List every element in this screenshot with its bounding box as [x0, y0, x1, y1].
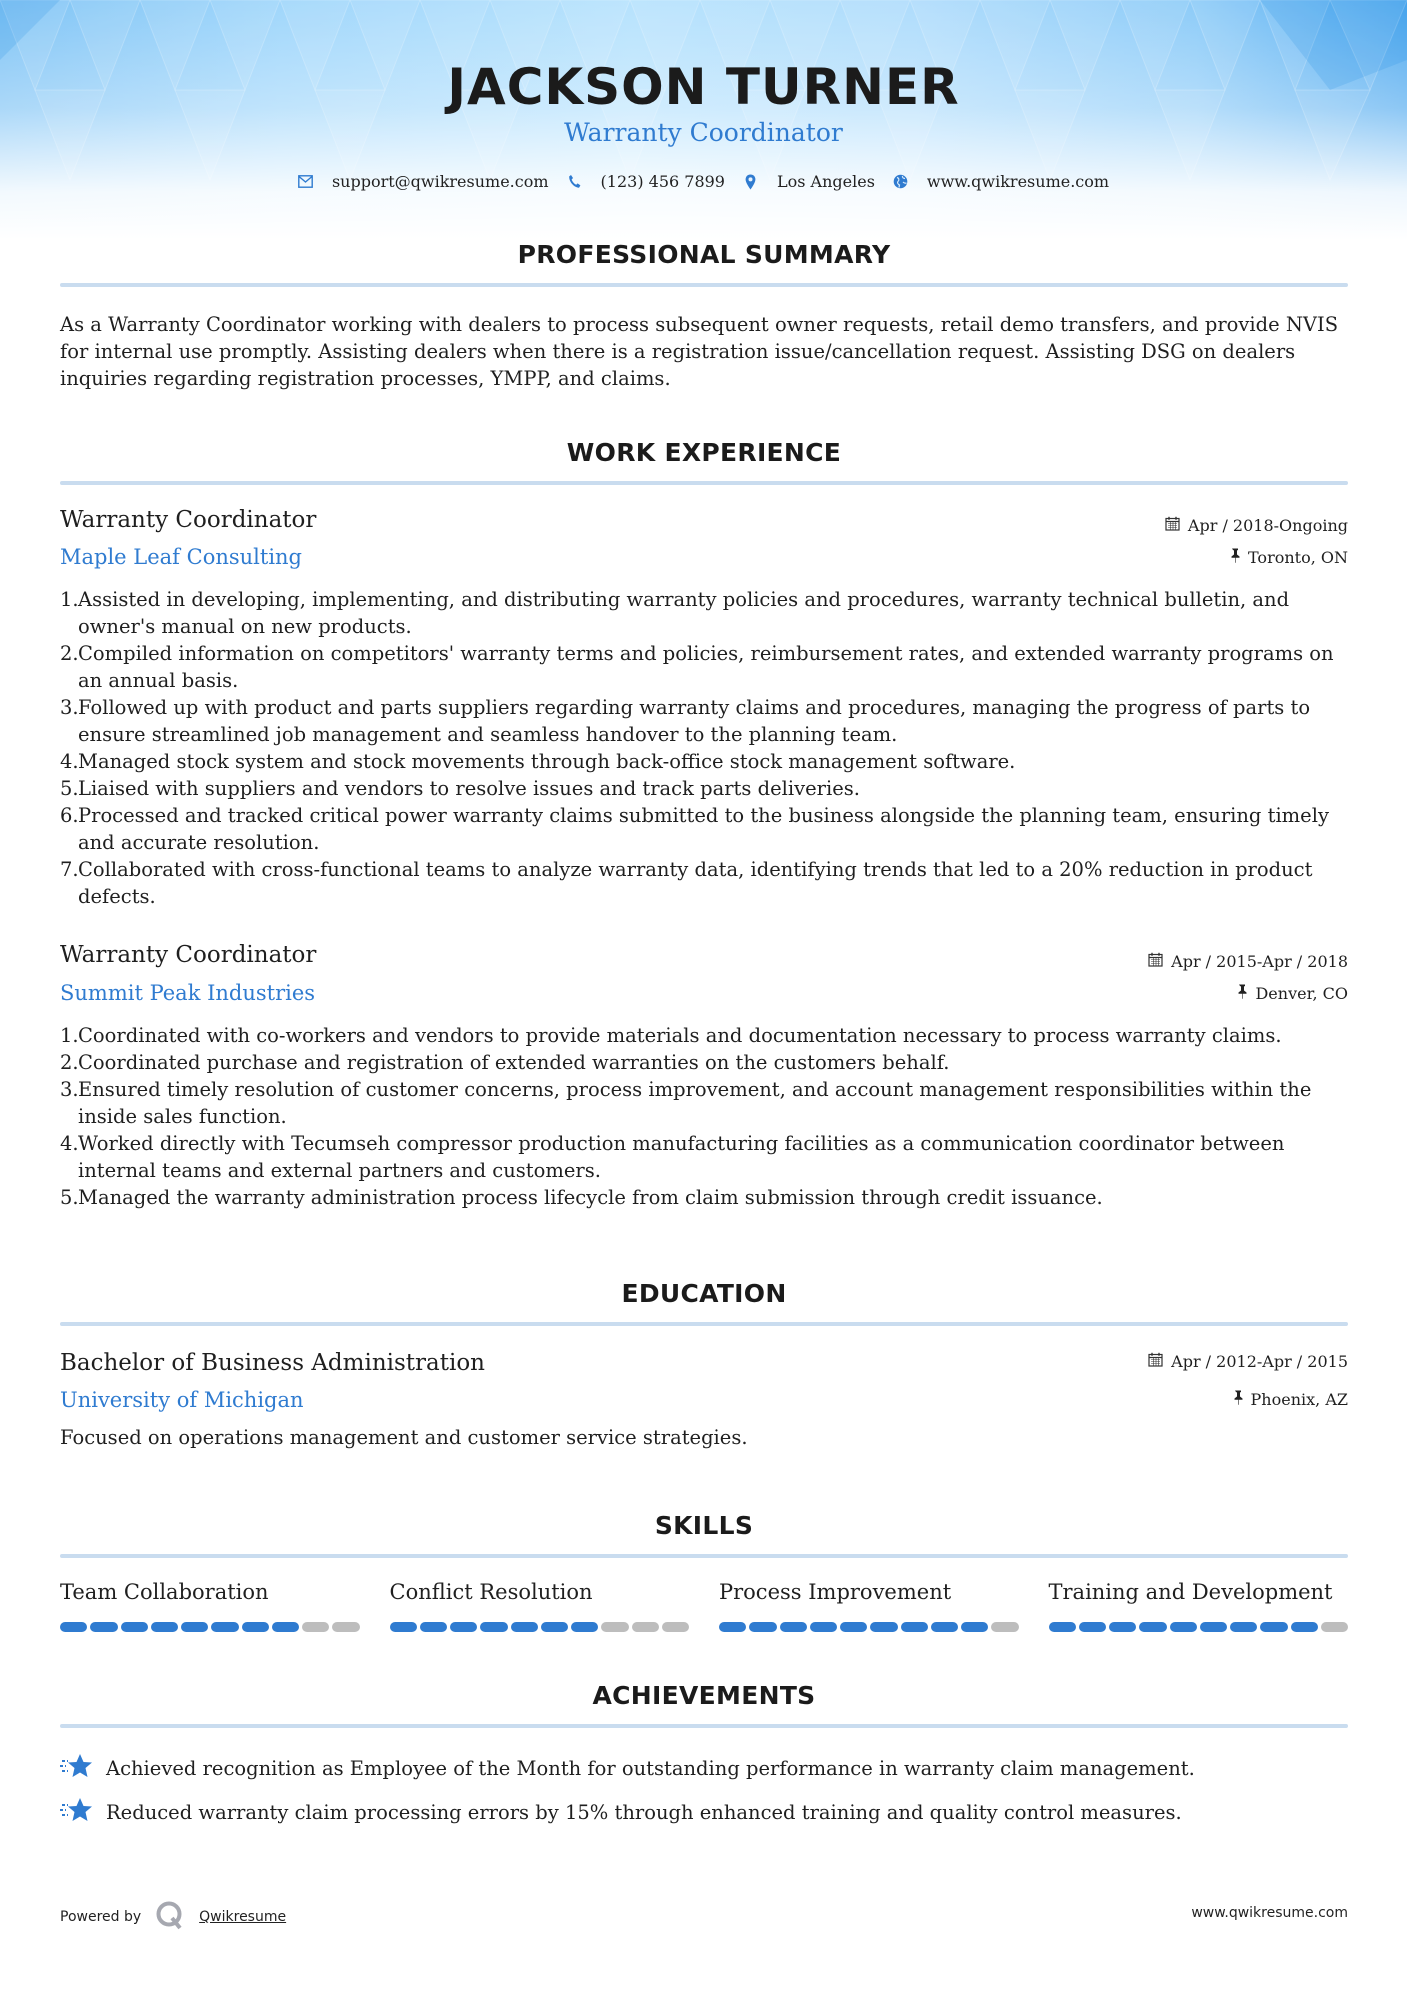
pushpin-icon — [1237, 984, 1247, 1003]
skill-level-segment — [302, 1622, 329, 1632]
contact-phone[interactable]: (123) 456 7899 — [567, 172, 725, 191]
job-title: Warranty Coordinator — [60, 942, 316, 968]
job-dates: Apr / 2018-Ongoing — [1165, 516, 1348, 535]
skill-level-segment — [780, 1622, 807, 1632]
list-number: 6. — [60, 802, 79, 829]
star-achievement-icon — [60, 1796, 94, 1829]
job-title: Warranty Coordinator — [60, 507, 316, 533]
list-number: 7. — [60, 856, 79, 883]
section-divider — [60, 1554, 1348, 1558]
responsibility-item: 2.Compiled information on competitors' w… — [60, 640, 1350, 694]
section-divider — [60, 283, 1348, 287]
skill-level-segment — [211, 1622, 238, 1632]
qwikresume-link[interactable]: Qwikresume — [199, 1909, 286, 1925]
skill-level-segment — [1049, 1622, 1076, 1632]
job-company: Maple Leaf Consulting — [60, 545, 302, 569]
skill-level-segment — [1260, 1622, 1287, 1632]
skill-level-segment — [272, 1622, 299, 1632]
list-number: 4. — [60, 1130, 79, 1157]
skill-level-segment — [810, 1622, 837, 1632]
skill-level-segment — [961, 1622, 988, 1632]
section-divider — [60, 1724, 1348, 1728]
list-number: 1. — [60, 586, 79, 613]
calendar-icon — [1165, 516, 1180, 535]
education-description: Focused on operations management and cus… — [60, 1424, 1348, 1451]
skill-level-segment — [1321, 1622, 1348, 1632]
skill-level-segment — [901, 1622, 928, 1632]
skill-level-segment — [1291, 1622, 1318, 1632]
contact-email[interactable]: support@qwikresume.com — [298, 172, 549, 191]
skill-level-bar — [60, 1622, 360, 1632]
skill-level-segment — [420, 1622, 447, 1632]
contact-phone-text: (123) 456 7899 — [601, 172, 725, 191]
qwikresume-logo-icon — [155, 1900, 185, 1934]
list-number: 5. — [60, 1184, 79, 1211]
section-divider — [60, 481, 1348, 485]
job-responsibilities: 1.Coordinated with co-workers and vendor… — [60, 1022, 1350, 1211]
responsibility-item: 1.Coordinated with co-workers and vendor… — [60, 1022, 1350, 1049]
map-marker-icon — [743, 173, 759, 191]
skill-level-segment — [719, 1622, 746, 1632]
skill-level-bar — [1049, 1622, 1349, 1632]
skill-level-segment — [1230, 1622, 1257, 1632]
list-number: 3. — [60, 1076, 79, 1103]
list-number: 4. — [60, 748, 79, 775]
list-number: 5. — [60, 775, 79, 802]
contact-website-text: www.qwikresume.com — [927, 172, 1109, 191]
responsibility-item: 6.Processed and tracked critical power w… — [60, 802, 1350, 856]
responsibility-item: 3.Followed up with product and parts sup… — [60, 694, 1350, 748]
candidate-role: Warranty Coordinator — [0, 118, 1407, 147]
powered-by-label: Powered by — [60, 1909, 141, 1925]
responsibility-item: 3.Ensured timely resolution of customer … — [60, 1076, 1350, 1130]
achievement-item: Achieved recognition as Employee of the … — [60, 1752, 1195, 1785]
responsibility-item: 5.Liaised with suppliers and vendors to … — [60, 775, 1350, 802]
skill-level-segment — [1109, 1622, 1136, 1632]
skill-level-segment — [632, 1622, 659, 1632]
responsibility-item: 4.Worked directly with Tecumseh compress… — [60, 1130, 1350, 1184]
skill-item: Conflict Resolution — [390, 1580, 690, 1632]
skills-grid: Team CollaborationConflict ResolutionPro… — [60, 1580, 1348, 1632]
list-number: 3. — [60, 694, 79, 721]
skill-level-segment — [991, 1622, 1018, 1632]
job-location: Toronto, ON — [1230, 548, 1348, 567]
star-achievement-icon — [60, 1752, 94, 1785]
footer-powered-by: Powered by Qwikresume — [60, 1900, 286, 1934]
candidate-name: JACKSON TURNER — [0, 58, 1407, 116]
skill-level-segment — [1170, 1622, 1197, 1632]
section-title-summary: PROFESSIONAL SUMMARY — [60, 240, 1348, 269]
footer-website-link[interactable]: www.qwikresume.com — [1191, 1905, 1348, 1921]
envelope-icon — [298, 173, 314, 191]
pushpin-icon — [1230, 548, 1240, 567]
calendar-icon — [1148, 1352, 1163, 1371]
calendar-icon — [1148, 952, 1163, 971]
education-dates: Apr / 2012-Apr / 2015 — [1148, 1352, 1348, 1371]
responsibility-item: 7.Collaborated with cross-functional tea… — [60, 856, 1350, 910]
skill-level-segment — [480, 1622, 507, 1632]
contact-website[interactable]: www.qwikresume.com — [893, 172, 1109, 191]
skill-item: Training and Development — [1049, 1580, 1349, 1632]
skill-level-bar — [390, 1622, 690, 1632]
achievement-item: Reduced warranty claim processing errors… — [60, 1796, 1182, 1829]
skill-level-segment — [662, 1622, 689, 1632]
contact-bar: support@qwikresume.com (123) 456 7899 Lo… — [0, 172, 1407, 191]
summary-text: As a Warranty Coordinator working with d… — [60, 311, 1348, 392]
skill-level-segment — [870, 1622, 897, 1632]
list-number: 2. — [60, 1049, 79, 1076]
responsibility-item: 4.Managed stock system and stock movemen… — [60, 748, 1350, 775]
skill-level-segment — [450, 1622, 477, 1632]
section-title-skills: SKILLS — [60, 1511, 1348, 1540]
skill-level-segment — [332, 1622, 359, 1632]
responsibility-item: 2.Coordinated purchase and registration … — [60, 1049, 1350, 1076]
skill-level-segment — [181, 1622, 208, 1632]
skill-level-segment — [90, 1622, 117, 1632]
contact-email-text: support@qwikresume.com — [332, 172, 549, 191]
skill-name: Process Improvement — [719, 1580, 1019, 1612]
skill-item: Process Improvement — [719, 1580, 1019, 1632]
globe-icon — [893, 173, 909, 191]
section-divider — [60, 1322, 1348, 1326]
skill-level-segment — [931, 1622, 958, 1632]
education-degree: Bachelor of Business Administration — [60, 1350, 485, 1376]
skill-level-segment — [511, 1622, 538, 1632]
skill-level-segment — [1200, 1622, 1227, 1632]
job-dates: Apr / 2015-Apr / 2018 — [1148, 952, 1348, 971]
contact-location: Los Angeles — [743, 172, 875, 191]
contact-location-text: Los Angeles — [777, 172, 875, 191]
skill-level-segment — [151, 1622, 178, 1632]
section-title-experience: WORK EXPERIENCE — [60, 438, 1348, 467]
skill-level-segment — [601, 1622, 628, 1632]
skill-level-segment — [840, 1622, 867, 1632]
skill-level-segment — [1079, 1622, 1106, 1632]
skill-level-segment — [541, 1622, 568, 1632]
section-title-achievements: ACHIEVEMENTS — [60, 1681, 1348, 1710]
skill-level-segment — [571, 1622, 598, 1632]
resume-header: JACKSON TURNER Warranty Coordinator supp… — [0, 0, 1407, 240]
job-location: Denver, CO — [1237, 984, 1348, 1003]
skill-name: Training and Development — [1049, 1580, 1349, 1612]
skill-level-segment — [121, 1622, 148, 1632]
skill-level-segment — [60, 1622, 87, 1632]
job-company: Summit Peak Industries — [60, 981, 315, 1005]
skill-level-segment — [749, 1622, 776, 1632]
responsibility-item: 1.Assisted in developing, implementing, … — [60, 586, 1350, 640]
skill-level-segment — [1139, 1622, 1166, 1632]
education-school: University of Michigan — [60, 1388, 304, 1412]
skill-level-segment — [390, 1622, 417, 1632]
skill-name: Conflict Resolution — [390, 1580, 690, 1612]
job-responsibilities: 1.Assisted in developing, implementing, … — [60, 586, 1350, 910]
skill-item: Team Collaboration — [60, 1580, 360, 1632]
phone-icon — [567, 173, 583, 191]
list-number: 1. — [60, 1022, 79, 1049]
education-location: Phoenix, AZ — [1233, 1390, 1348, 1409]
responsibility-item: 5.Managed the warranty administration pr… — [60, 1184, 1350, 1211]
skill-name: Team Collaboration — [60, 1580, 360, 1612]
pushpin-icon — [1233, 1390, 1243, 1409]
section-title-education: EDUCATION — [60, 1279, 1348, 1308]
skill-level-bar — [719, 1622, 1019, 1632]
skill-level-segment — [242, 1622, 269, 1632]
list-number: 2. — [60, 640, 79, 667]
